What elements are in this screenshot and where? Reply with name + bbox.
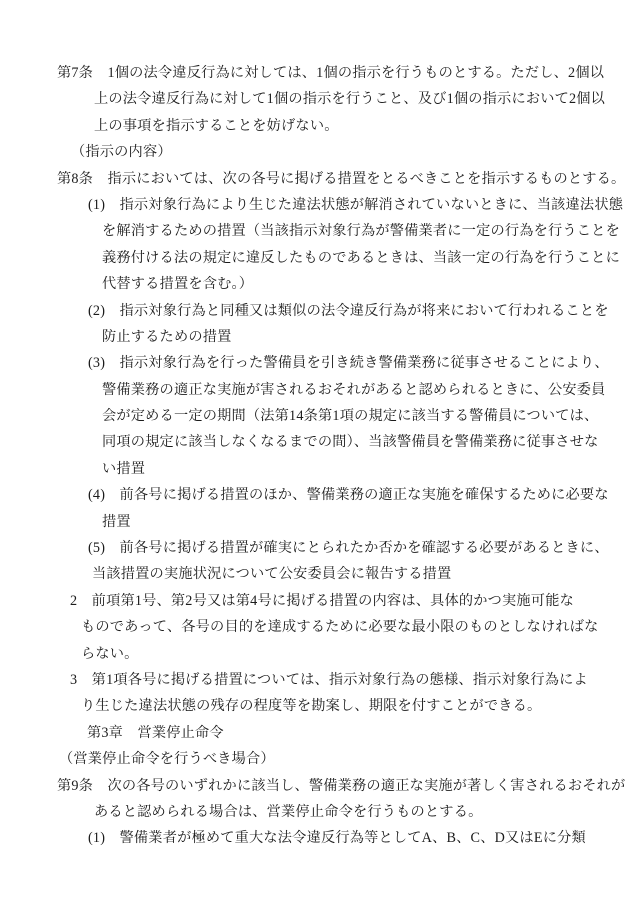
doc-line-item-3: (3) 指示対象行為を行った警備員を引き続き警備業務に従事させることにより、	[57, 350, 600, 376]
doc-line: 当該措置の実施状況について公安委員会に報告する措置	[57, 561, 600, 587]
doc-line-item-4: (4) 前各号に掲げる措置のほか、警備業務の適正な実施を確保するために必要な	[57, 482, 600, 508]
doc-heading-eigyo-teishi: （営業停止命令を行うべき場合）	[57, 746, 600, 772]
doc-line: い措置	[57, 456, 600, 482]
doc-line: 会が定める一定の期間（法第14条第1項の規定に該当する警備員については、	[57, 403, 600, 429]
doc-line-item-2: (2) 指示対象行為と同種又は類似の法令違反行為が将来において行われることを	[57, 298, 600, 324]
doc-line-article-9: 第9条 次の各号のいずれかに該当し、警備業務の適正な実施が著しく害されるおそれが	[57, 773, 600, 799]
doc-line: 上の事項を指示することを妨げない。	[57, 113, 600, 139]
doc-line: 義務付ける法の規定に違反したものであるときは、当該一定の行為を行うことに	[57, 245, 600, 271]
doc-line: 上の法令違反行為に対して1個の指示を行うこと、及び1個の指示において2個以	[57, 86, 600, 112]
doc-heading-shiji-naiyo: （指示の内容）	[57, 139, 600, 165]
doc-line-item-1-art9: (1) 警備業者が極めて重大な法令違反行為等としてA、B、C、D又はEに分類	[57, 825, 600, 851]
doc-line: 防止するための措置	[57, 324, 600, 350]
doc-line: ものであって、各号の目的を達成するために必要な最小限のものとしなければな	[57, 614, 600, 640]
document-body: 第7条 1個の法令違反行為に対しては、1個の指示を行うものとする。ただし、2個以…	[57, 60, 600, 852]
doc-line: あると認められる場合は、営業停止命令を行うものとする。	[57, 799, 600, 825]
doc-line-article-7: 第7条 1個の法令違反行為に対しては、1個の指示を行うものとする。ただし、2個以	[57, 60, 600, 86]
doc-line-article-8: 第8条 指示においては、次の各号に掲げる措置をとるべきことを指示するものとする。	[57, 166, 600, 192]
doc-line: 同項の規定に該当しなくなるまでの間）、当該警備員を警備業務に従事させな	[57, 429, 600, 455]
doc-line-item-1: (1) 指示対象行為により生じた違法状態が解消されていないときに、当該違法状態	[57, 192, 600, 218]
doc-line: 措置	[57, 509, 600, 535]
doc-line: を解消するための措置（当該指示対象行為が警備業者に一定の行為を行うことを	[57, 218, 600, 244]
doc-line-paragraph-3: 3 第1項各号に掲げる措置については、指示対象行為の態様、指示対象行為によ	[57, 667, 600, 693]
doc-line-paragraph-2: 2 前項第1号、第2号又は第4号に掲げる措置の内容は、具体的かつ実施可能な	[57, 588, 600, 614]
document-page: 第7条 1個の法令違反行為に対しては、1個の指示を行うものとする。ただし、2個以…	[0, 0, 630, 903]
doc-line-item-5: (5) 前各号に掲げる措置が確実にとられたか否かを確認する必要があるときに、	[57, 535, 600, 561]
doc-chapter-3-heading: 第3章 営業停止命令	[57, 720, 600, 746]
doc-line: らない。	[57, 641, 600, 667]
doc-line: 警備業務の適正な実施が害されるおそれがあると認められるときに、公安委員	[57, 377, 600, 403]
doc-line: り生じた違法状態の残存の程度等を勘案し、期限を付すことができる。	[57, 693, 600, 719]
doc-line: 代替する措置を含む。）	[57, 271, 600, 297]
